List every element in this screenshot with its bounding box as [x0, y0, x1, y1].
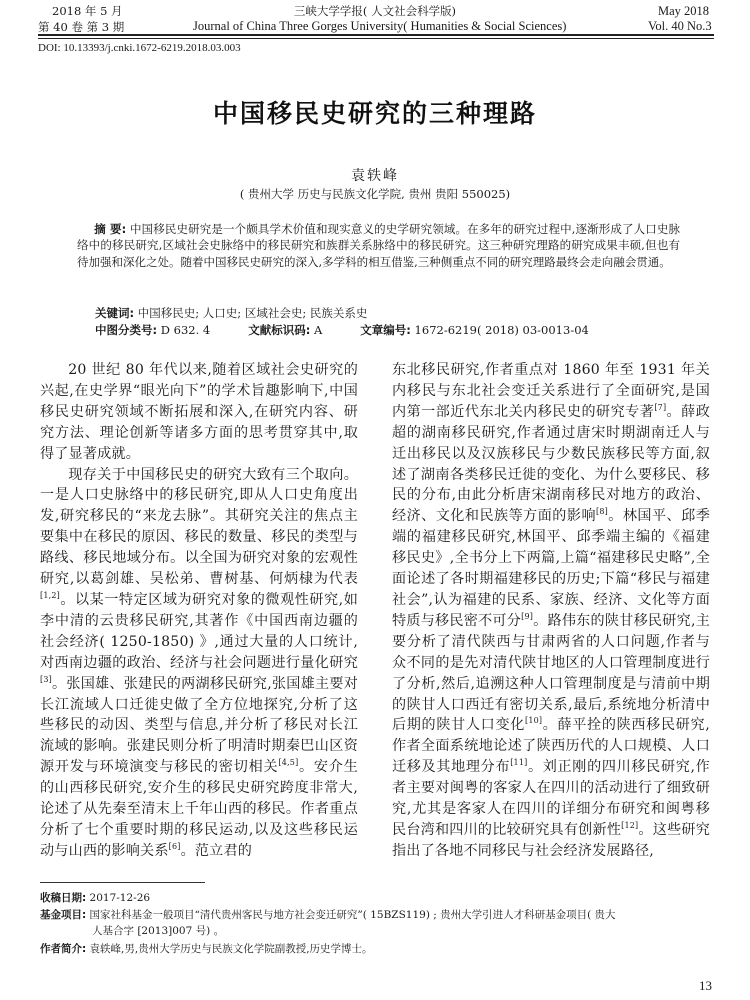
paragraph: 现存关于中国移民史的研究大致有三个取向。一是人口史脉络中的移民研究,即从人口史角… [40, 465, 358, 862]
header-volume-en: Vol. 40 No.3 [648, 19, 712, 33]
author-name: 袁轶峰 [0, 165, 750, 185]
page-number: 13 [699, 978, 712, 994]
article-no-value: 1672-6219( 2018) 03-0013-04 [411, 323, 589, 337]
citation-ref: [7] [654, 403, 666, 412]
footnote-fund: 基金项目: 国家社科基金一般项目“清代贵州客民与地方社会变迁研究”( 15BZS… [40, 908, 720, 922]
header-volume-cn: 第 40 卷 第 3 期 [38, 20, 124, 34]
doi: DOI: 10.13393/j.cnki.1672-6219.2018.03.0… [38, 42, 241, 54]
citation-ref: [11] [510, 758, 527, 767]
citation-ref: [6] [169, 842, 181, 851]
citation-ref: [9] [521, 612, 533, 621]
abstract: 摘 要: 中国移民史研究是一个颇具学术价值和现实意义的史学研究领域。在多年的研究… [77, 221, 680, 270]
abstract-text: 中国移民史研究是一个颇具学术价值和现实意义的史学研究领域。在多年的研究过程中,逐… [77, 222, 680, 269]
keywords: 关键词: 中国移民史; 人口史; 区域社会史; 民族关系史 [95, 305, 367, 321]
classification-line: 中图分类号: D 632. 4文献标识码: A文章编号: 1672-6219( … [95, 322, 589, 338]
footnote-received: 收稿日期: 2017-12-26 [40, 891, 150, 905]
doc-code-label: 文献标识码: [248, 323, 310, 337]
citation-ref: [10] [525, 716, 542, 725]
footnote-rule [40, 882, 205, 883]
citation-ref: [8] [596, 507, 608, 516]
keywords-label: 关键词: [95, 306, 134, 320]
keywords-text: 中国移民史; 人口史; 区域社会史; 民族关系史 [134, 306, 367, 320]
paragraph: 20 世纪 80 年代以来,随着区域社会史研究的兴起,在史学界“眼光向下”的学术… [40, 360, 358, 465]
footnote-fund-cont: 人基合字 [2013]007 号) 。 [40, 924, 224, 938]
clc-label: 中图分类号: [95, 323, 157, 337]
header-journal-en: Journal of China Three Gorges University… [193, 19, 566, 33]
header-rule-thin [38, 38, 714, 39]
header-rule-thick [38, 34, 714, 36]
article-no-label: 文章编号: [360, 323, 411, 337]
citation-ref: [1,2] [40, 591, 60, 600]
footnote-bio: 作者简介: 袁轶峰,男,贵州大学历史与民族文化学院副教授,历史学博士。 [40, 942, 373, 956]
body-column-right: 东北移民研究,作者重点对 1860 年至 1931 年关内移民与东北社会变迁关系… [392, 360, 710, 862]
paragraph: 东北移民研究,作者重点对 1860 年至 1931 年关内移民与东北社会变迁关系… [392, 360, 710, 862]
body-column-left: 20 世纪 80 年代以来,随着区域社会史研究的兴起,在史学界“眼光向下”的学术… [40, 360, 358, 862]
doc-code-value: A [310, 323, 322, 337]
citation-ref: [12] [621, 821, 638, 830]
citation-ref: [4,5] [278, 758, 298, 767]
citation-ref: [3] [40, 675, 52, 684]
article-title: 中国移民史研究的三种理路 [0, 94, 750, 130]
clc-value: D 632. 4 [157, 323, 210, 337]
abstract-label: 摘 要: [94, 222, 126, 236]
header-journal-cn: 三峡大学学报( 人文社会科学版) [0, 4, 750, 18]
header-date-en: May 2018 [658, 4, 709, 18]
author-affiliation: ( 贵州大学 历史与民族文化学院, 贵州 贵阳 550025) [0, 186, 750, 202]
